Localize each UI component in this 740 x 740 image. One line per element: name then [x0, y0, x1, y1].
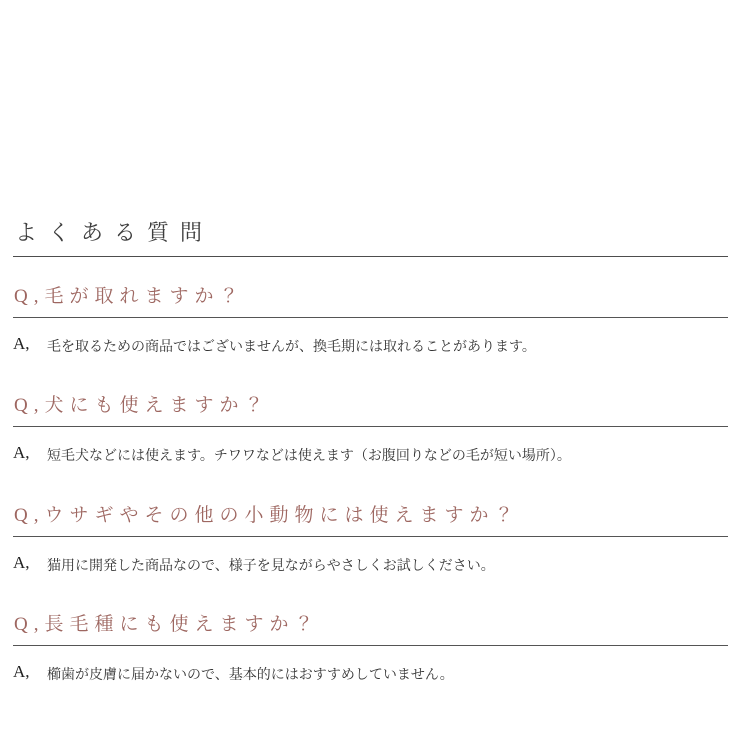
question-prefix: Q,: [14, 505, 44, 526]
faq-item: Q,犬にも使えますか？ A, 短毛犬などには使えます。チワワなどは使えます（お腹…: [13, 390, 728, 465]
answer-text: 猫用に開発した商品なので、様子を見ながらやさしくお試しください。: [47, 553, 495, 575]
faq-answer: A, 櫛歯が皮膚に届かないので、基本的にはおすすめしていません。: [13, 662, 728, 684]
question-text: 犬にも使えますか？: [44, 395, 269, 416]
answer-text: 毛を取るための商品ではございませんが、換毛期には取れることがあります。: [47, 334, 536, 356]
faq-question: Q,長毛種にも使えますか？: [13, 609, 728, 646]
faq-item: Q,長毛種にも使えますか？ A, 櫛歯が皮膚に届かないので、基本的にはおすすめし…: [13, 609, 728, 684]
answer-prefix: A,: [13, 334, 47, 354]
question-prefix: Q,: [14, 286, 44, 307]
faq-item: Q,ウサギやその他の小動物には使えますか？ A, 猫用に開発した商品なので、様子…: [13, 500, 728, 575]
answer-prefix: A,: [13, 553, 47, 573]
question-prefix: Q,: [14, 395, 44, 416]
question-text: ウサギやその他の小動物には使えますか？: [44, 505, 519, 526]
faq-answer: A, 毛を取るための商品ではございませんが、換毛期には取れることがあります。: [13, 334, 728, 356]
question-text: 毛が取れますか？: [44, 286, 244, 307]
faq-section: よくある質問 Q,毛が取れますか？ A, 毛を取るための商品ではございませんが、…: [0, 0, 740, 684]
faq-section-title: よくある質問: [13, 216, 728, 257]
question-prefix: Q,: [14, 614, 44, 635]
faq-question: Q,ウサギやその他の小動物には使えますか？: [13, 500, 728, 537]
answer-text: 短毛犬などには使えます。チワワなどは使えます（お腹回りなどの毛が短い場所）。: [47, 443, 571, 465]
faq-question: Q,毛が取れますか？: [13, 281, 728, 318]
faq-answer: A, 短毛犬などには使えます。チワワなどは使えます（お腹回りなどの毛が短い場所）…: [13, 443, 728, 465]
answer-text: 櫛歯が皮膚に届かないので、基本的にはおすすめしていません。: [47, 662, 454, 684]
faq-question: Q,犬にも使えますか？: [13, 390, 728, 427]
answer-prefix: A,: [13, 443, 47, 463]
answer-prefix: A,: [13, 662, 47, 682]
question-text: 長毛種にも使えますか？: [44, 614, 319, 635]
faq-answer: A, 猫用に開発した商品なので、様子を見ながらやさしくお試しください。: [13, 553, 728, 575]
faq-item: Q,毛が取れますか？ A, 毛を取るための商品ではございませんが、換毛期には取れ…: [13, 281, 728, 356]
